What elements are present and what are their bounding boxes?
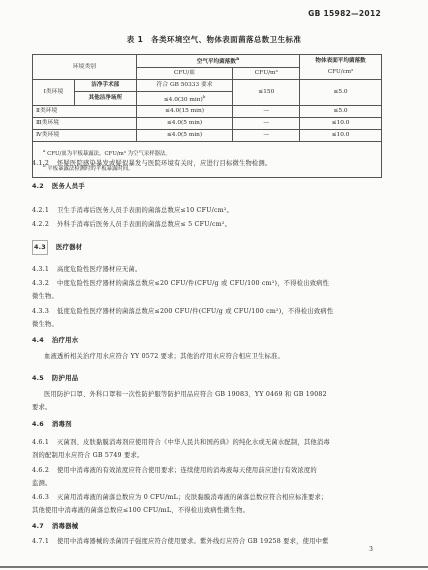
row-sub: 其他洁净场所: [74, 91, 136, 105]
row-category: Ⅳ类环境: [33, 129, 137, 141]
row-surface: ≤10.0: [300, 117, 382, 129]
clause-4-1-2: 4.1.2怀疑医院感染暴发或疑似暴发与医院环境有关时，应进行目标微生物检测。: [32, 157, 392, 170]
clause-4-3-1: 4.3.1高度危险性医疗器材应无菌。: [32, 263, 392, 276]
clause-4-2-2: 4.2.2外科手消毒后医务人员手表面的菌落总数应≤ 5 CFU/cm²。: [32, 218, 392, 231]
row-surface: ≤5.0: [300, 105, 382, 117]
section-heading-4-7: 4.7消毒器械: [32, 520, 392, 533]
table-row: Ⅲ类环境 ≤4.0(5 min) — ≤10.0: [33, 117, 382, 129]
section-heading-4-5: 4.5防护用品: [32, 372, 392, 385]
table-title: 表 1 各类环境空气、物体表面菌落总数卫生标准: [0, 34, 428, 45]
clause-4-4: 血液透析相关治疗用水应符合 YY 0572 要求；其他治疗用水应符合相应卫生标准…: [32, 350, 404, 363]
section-heading-4-4: 4.4治疗用水: [32, 334, 392, 347]
header-env-category: 环境类别: [33, 55, 137, 80]
standard-code: GB 15982—2012: [308, 9, 381, 18]
row-sub: 洁净手术部: [74, 79, 136, 91]
clause-4-2-1: 4.2.1卫生手消毒后医务人员手表面的菌落总数应≤10 CFU/cm²。: [32, 204, 392, 217]
clause-4-6-3: 4.6.3灭菌用消毒液的菌落总数应为 0 CFU/mL；皮肤黏膜消毒液的菌落总数…: [32, 491, 392, 517]
clause-4-5: 医用防护口罩、外科口罩和一次性防护服等防护用品应符合 GB 19083、YY 0…: [32, 388, 392, 414]
clause-4-3-2: 4.3.2中度危险性医疗器材的菌落总数应≤20 CFU/件(CFU/g 或 CF…: [32, 277, 392, 303]
header-air-unit-m3: CFU/m³: [233, 67, 300, 79]
row-category: Ⅲ类环境: [33, 117, 137, 129]
row-category: Ⅱ类环境: [33, 105, 137, 117]
section-heading-4-2: 4.2医务人员手: [32, 180, 392, 193]
row-air-dish: ≤4.0(15 min): [136, 105, 233, 117]
row-air-m3: —: [233, 117, 300, 129]
section-heading-4-6: 4.6消毒剂: [32, 418, 392, 431]
clause-4-7-1: 4.7.1使用中消毒器械的杀菌因子强度应符合使用要求。紫外线灯应符合 GB 19…: [32, 535, 392, 548]
row-air-dish: 符合 GB 50333 要求: [136, 79, 233, 91]
header-air-avg: 空气平均菌落数a: [136, 55, 299, 68]
row-air-dish: ≤4.0(5 min): [136, 117, 233, 129]
row-air-dish: ≤4.0(30 min)b: [136, 91, 233, 105]
row-air-m3: —: [233, 129, 300, 141]
row-air-m3: —: [233, 105, 300, 117]
row-air-m3: ≤150: [233, 79, 300, 105]
row-surface: ≤10.0: [300, 129, 382, 141]
section-heading-4-3: 4.3医疗器材: [32, 240, 392, 255]
row-category: Ⅰ类环境: [33, 79, 75, 105]
clause-4-3-3: 4.3.3低度危险性医疗器材的菌落总数应≤200 CFU/件(CFU/g 或 C…: [32, 305, 392, 331]
table-row: Ⅳ类环境 ≤4.0(5 min) — ≤10.0: [33, 129, 382, 141]
clause-4-6-1: 4.6.1灭菌剂、皮肤黏膜消毒剂应使用符合《中华人民共和国药典》的纯化水或无菌水…: [32, 436, 392, 462]
page-bottom-edge: [0, 566, 428, 568]
document-page: GB 15982—2012 表 1 各类环境空气、物体表面菌落总数卫生标准 环境…: [0, 0, 428, 570]
header-air-unit-dish: CFU/皿: [136, 67, 233, 79]
row-surface: ≤5.0: [300, 79, 382, 105]
clause-4-6-2: 4.6.2使用中消毒液的有效浓度应符合使用要求；连续使用的消毒液每天使用前应进行…: [32, 464, 392, 490]
row-air-dish: ≤4.0(5 min): [136, 129, 233, 141]
header-surface-avg: 物体表面平均菌落数CFU/cm²: [300, 55, 382, 80]
page-number: 3: [369, 546, 373, 553]
table-row: Ⅱ类环境 ≤4.0(15 min) — ≤5.0: [33, 105, 382, 117]
table-row: Ⅰ类环境 洁净手术部 符合 GB 50333 要求 ≤150 ≤5.0: [33, 79, 382, 91]
